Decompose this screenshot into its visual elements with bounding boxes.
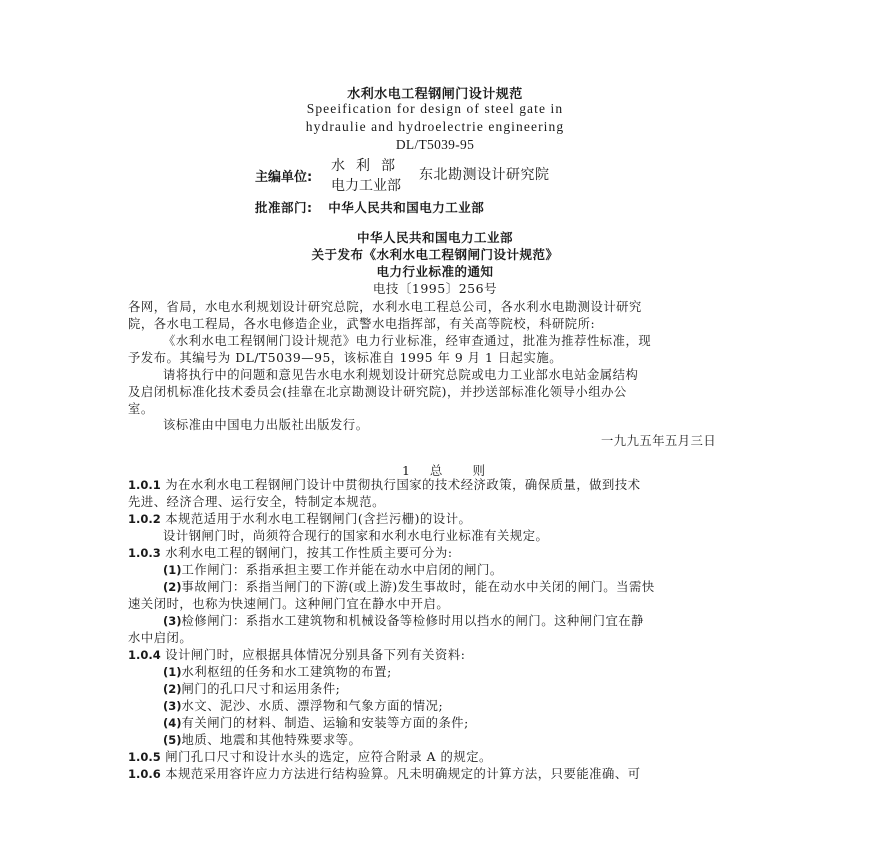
clause-id: 1.0.3 <box>128 546 161 560</box>
clause-line: 1.0.1 为在水利水电工程钢闸门设计中贯彻执行国家的技术经济政策，确保质量，做… <box>128 477 641 493</box>
clause-item-id: (3) <box>163 699 182 713</box>
notice-paragraph: 各网，省局，水电水利规划设计研究总院，水利水电工程总公司，各水利水电勘测设计研究 <box>128 299 642 315</box>
approval-label: 批准部门: <box>255 200 313 215</box>
notice-date: 一九九五年五月三日 <box>601 431 716 449</box>
approval-value: 中华人民共和国电力工业部 <box>328 200 484 215</box>
title-english-line1: Speeification for design of steel gate i… <box>0 101 870 117</box>
title-chinese: 水利水电工程钢闸门设计规范 <box>0 83 870 102</box>
clause-text: 水中启闭。 <box>128 631 192 645</box>
clause-text: 闸门孔口尺寸和设计水头的选定，应符合附录 A 的规定。 <box>165 750 492 764</box>
clause-item-id: (1) <box>163 665 182 679</box>
document-page: 水利水电工程钢闸门设计规范 Speeification for design o… <box>0 0 870 842</box>
clause-line: 先进、经济合理、运行安全，特制定本规范。 <box>128 494 385 510</box>
chief-editor-organization: 东北勘测设计研究院 <box>419 164 550 184</box>
notice-paragraph: 院，各水电工程局，各水电修造企业，武警水电指挥部，有关高等院校，科研院所: <box>128 316 595 332</box>
clause-line: (2)闸门的孔口尺寸和运用条件; <box>163 681 340 697</box>
clause-item-id: (3) <box>163 614 182 628</box>
clause-line: 设计钢闸门时，尚须符合现行的国家和水利水电行业标准有关规定。 <box>163 528 548 544</box>
clause-line: 1.0.2 本规范适用于水利水电工程钢闸门(含拦污栅)的设计。 <box>128 511 471 527</box>
clause-text: 检修闸门：系指水工建筑物和机械设备等检修时用以挡水的闸门。这种闸门宜在静 <box>182 614 645 628</box>
clause-text: 事故闸门：系指当闸门的下游(或上游)发生事故时，能在动水中关闭的闸门。当需快 <box>182 580 655 594</box>
clause-id: 1.0.2 <box>128 512 161 526</box>
clause-item-id: (1) <box>163 563 182 577</box>
chief-editor-unit-line2: 电力工业部 <box>331 175 401 195</box>
clause-text: 为在水利水电工程钢闸门设计中贯彻执行国家的技术经济政策，确保质量，做到技术 <box>165 478 640 492</box>
chapter-title-part2: 则 <box>472 463 485 478</box>
clause-line: (3)水文、泥沙、水质、漂浮物和气象方面的情况; <box>163 698 443 714</box>
clause-text: 地质、地震和其他特殊要求等。 <box>182 733 362 747</box>
clause-id: 1.0.4 <box>128 648 161 662</box>
clause-text: 设计钢闸门时，尚须符合现行的国家和水利水电行业标准有关规定。 <box>163 529 548 543</box>
clause-id: 1.0.6 <box>128 767 161 781</box>
notice-paragraph: 及启闭机标准化技术委员会(挂靠在北京勘测设计研究院)，并抄送部标准化领导小组办公 <box>128 384 627 400</box>
clause-item-id: (4) <box>163 716 182 730</box>
clause-line: 1.0.5 闸门孔口尺寸和设计水头的选定，应符合附录 A 的规定。 <box>128 749 492 765</box>
chapter-number: 1 <box>402 463 410 478</box>
clause-text: 本规范适用于水利水电工程钢闸门(含拦污栅)的设计。 <box>165 512 471 526</box>
clause-item-id: (5) <box>163 733 182 747</box>
clause-line: 1.0.4 设计闸门时，应根据具体情况分别具备下列有关资料: <box>128 647 465 663</box>
clause-line: (1)工作闸门：系指承担主要工作并能在动水中启闭的闸门。 <box>163 562 503 578</box>
notice-paragraph: 该标准由中国电力出版社出版发行。 <box>163 417 369 433</box>
chief-editor-unit-line1: 水利部 <box>331 155 406 175</box>
clause-text: 速关闭时，也称为快速闸门。这种闸门宜在静水中开启。 <box>128 597 449 611</box>
clause-line: 1.0.6 本规范采用容许应力方法进行结构验算。凡未明确规定的计算方法，只要能准… <box>128 766 641 782</box>
notice-heading-line2: 关于发布《水利水电工程钢闸门设计规范》 <box>0 245 870 263</box>
clause-line: 速关闭时，也称为快速闸门。这种闸门宜在静水中开启。 <box>128 596 449 612</box>
clause-text: 水利水电工程的钢闸门，按其工作性质主要可分为: <box>165 546 452 560</box>
clause-text: 闸门的孔口尺寸和运用条件; <box>182 682 341 696</box>
clause-text: 水文、泥沙、水质、漂浮物和气象方面的情况; <box>182 699 444 713</box>
clause-text: 有关闸门的材料、制造、运输和安装等方面的条件; <box>182 716 469 730</box>
clause-line: (5)地质、地震和其他特殊要求等。 <box>163 732 361 748</box>
notice-paragraph: 予发布。其编号为 DL/T5039—95，该标准自 1995 年 9 月 1 日… <box>128 350 562 366</box>
notice-paragraph: 《水利水电工程钢闸门设计规范》电力行业标准，经审查通过，批准为推荐性标准，现 <box>163 333 651 349</box>
standard-code: DL/T5039-95 <box>0 137 870 153</box>
approval-line: 批准部门: 中华人民共和国电力工业部 <box>255 198 484 216</box>
chapter-title-part1: 总 <box>430 463 443 478</box>
clause-item-id: (2) <box>163 580 182 594</box>
clause-text: 工作闸门：系指承担主要工作并能在动水中启闭的闸门。 <box>182 563 503 577</box>
clause-text: 本规范采用容许应力方法进行结构验算。凡未明确规定的计算方法，只要能准确、可 <box>165 767 640 781</box>
notice-paragraph: 室。 <box>128 401 154 417</box>
clause-item-id: (2) <box>163 682 182 696</box>
clause-text: 设计闸门时，应根据具体情况分别具备下列有关资料: <box>165 648 465 662</box>
clause-line: (1)水利枢纽的任务和水工建筑物的布置; <box>163 664 392 680</box>
clause-text: 先进、经济合理、运行安全，特制定本规范。 <box>128 495 385 509</box>
clause-line: (3)检修闸门：系指水工建筑物和机械设备等检修时用以挡水的闸门。这种闸门宜在静 <box>163 613 644 629</box>
clause-line: 1.0.3 水利水电工程的钢闸门，按其工作性质主要可分为: <box>128 545 453 561</box>
clause-line: (4)有关闸门的材料、制造、运输和安装等方面的条件; <box>163 715 469 731</box>
clause-line: 水中启闭。 <box>128 630 192 646</box>
clause-id: 1.0.1 <box>128 478 161 492</box>
chief-editor-label: 主编单位: <box>255 166 312 185</box>
clause-line: (2)事故闸门：系指当闸门的下游(或上游)发生事故时，能在动水中关闭的闸门。当需… <box>163 579 655 595</box>
notice-heading-line1: 中华人民共和国电力工业部 <box>0 228 870 246</box>
clause-id: 1.0.5 <box>128 750 161 764</box>
notice-number: 电技〔1995〕256号 <box>0 279 870 297</box>
title-english-line2: hydraulie and hydroelectrie engineering <box>0 119 870 135</box>
clause-text: 水利枢纽的任务和水工建筑物的布置; <box>182 665 392 679</box>
notice-heading-line3: 电力行业标准的通知 <box>0 262 870 280</box>
notice-paragraph: 请将执行中的问题和意见告水电水利规划设计研究总院或电力工业部水电站金属结构 <box>163 367 638 383</box>
